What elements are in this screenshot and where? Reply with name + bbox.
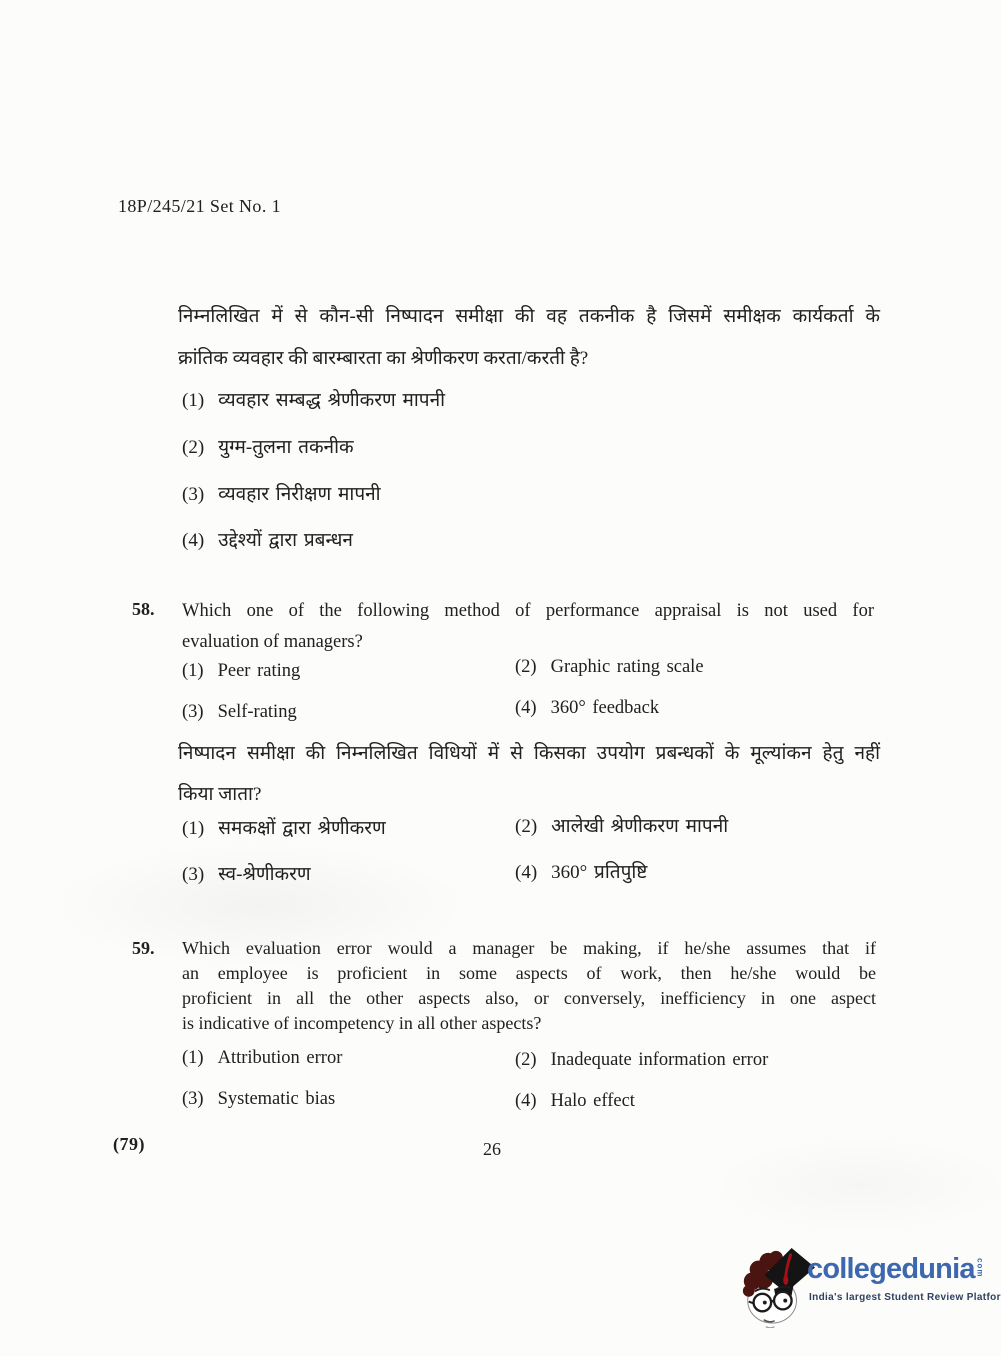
option-label: (1) <box>182 1048 204 1069</box>
option-label: (1) <box>182 390 204 412</box>
option-text: व्यवहार निरीक्षण मापनी <box>218 484 380 505</box>
option-text: Attribution error <box>218 1048 343 1068</box>
option-text: 360° feedback <box>551 698 660 718</box>
option-label: (3) <box>182 1089 204 1110</box>
collegedunia-logo: collegedunia com India's largest Student… <box>737 1240 999 1332</box>
option-label: (4) <box>515 1091 537 1112</box>
q57-option-4: (4)उद्देश्यों द्वारा प्रबन्धन <box>182 526 353 552</box>
option-label: (3) <box>182 864 204 886</box>
page-number: 26 <box>483 1139 501 1160</box>
option-label: (2) <box>182 437 204 459</box>
paper-code: 18P/245/21 Set No. 1 <box>118 196 281 217</box>
option-text: Inadequate information error <box>551 1050 769 1070</box>
q58-number: 58. <box>132 599 155 620</box>
q58-english-line2: evaluation of managers? <box>182 627 363 658</box>
q59-line3: proficient in all the other aspects also… <box>182 986 876 1011</box>
option-label: (4) <box>515 862 537 884</box>
q57-option-3: (3)व्यवहार निरीक्षण मापनी <box>182 480 381 506</box>
option-label: (1) <box>182 818 204 840</box>
q58-option-hi-3: (3)स्व-श्रेणीकरण <box>182 860 311 886</box>
option-label: (4) <box>182 530 204 552</box>
brand-tagline: India's largest Student Review Platform <box>809 1292 1001 1303</box>
option-label: (3) <box>182 484 204 506</box>
q59-option-1: (1)Attribution error <box>182 1048 342 1069</box>
option-label: (2) <box>515 816 537 838</box>
option-text: Peer rating <box>218 661 301 681</box>
option-text: व्यवहार सम्बद्ध श्रेणीकरण मापनी <box>218 390 445 411</box>
q58-option-en-4: (4)360° feedback <box>515 698 659 719</box>
q58-option-hi-2: (2)आलेखी श्रेणीकरण मापनी <box>515 812 728 838</box>
option-label: (3) <box>182 702 204 723</box>
q59-line1: Which evaluation error would a manager b… <box>182 936 876 961</box>
brand-domain-suffix: com <box>976 1258 985 1277</box>
footer-series-code: (79) <box>113 1134 145 1155</box>
q59-option-3: (3)Systematic bias <box>182 1089 335 1110</box>
q59-option-4: (4)Halo effect <box>515 1091 635 1112</box>
brand-text: collegedunia <box>807 1252 975 1286</box>
q58-option-hi-4: (4)360° प्रतिपुष्टि <box>515 858 647 884</box>
q57-hindi-line2: क्रांतिक व्यवहार की बारम्बारता का श्रेणी… <box>178 338 588 380</box>
q58-hindi-line1: निष्पादन समीक्षा की निम्नलिखित विधियों म… <box>178 733 880 775</box>
q59-option-2: (2)Inadequate information error <box>515 1050 768 1071</box>
option-text: स्व-श्रेणीकरण <box>218 864 311 885</box>
q58-english-line1: Which one of the following method of per… <box>182 596 874 627</box>
q57-option-1: (1)व्यवहार सम्बद्ध श्रेणीकरण मापनी <box>182 386 445 412</box>
option-text: आलेखी श्रेणीकरण मापनी <box>551 816 728 837</box>
q58-option-en-2: (2)Graphic rating scale <box>515 657 704 678</box>
q57-hindi-line1: निम्नलिखित में से कौन-सी निष्पादन समीक्ष… <box>178 296 880 338</box>
option-label: (2) <box>515 1050 537 1071</box>
collegedunia-mascot-icon <box>737 1242 815 1328</box>
q58-hindi-line2: किया जाता? <box>178 774 261 816</box>
q58-option-hi-1: (1)समकक्षों द्वारा श्रेणीकरण <box>182 814 386 840</box>
option-label: (1) <box>182 661 204 682</box>
option-text: 360° प्रतिपुष्टि <box>551 862 647 883</box>
option-text: उद्देश्यों द्वारा प्रबन्धन <box>218 530 353 551</box>
q59-number: 59. <box>132 938 155 959</box>
q58-option-en-1: (1)Peer rating <box>182 661 300 682</box>
option-text: Systematic bias <box>218 1089 336 1109</box>
option-text: Halo effect <box>551 1091 635 1111</box>
q59-line4: is indicative of incompetency in all oth… <box>182 1011 541 1036</box>
q59-line2: an employee is proficient in some aspect… <box>182 961 876 986</box>
option-label: (4) <box>515 698 537 719</box>
option-label: (2) <box>515 657 537 678</box>
q58-option-en-3: (3)Self-rating <box>182 702 297 723</box>
option-text: Self-rating <box>218 702 297 722</box>
collegedunia-wordmark: collegedunia com <box>807 1252 985 1286</box>
option-text: समकक्षों द्वारा श्रेणीकरण <box>218 818 386 839</box>
q57-option-2: (2)युग्म-तुलना तकनीक <box>182 433 354 459</box>
option-text: युग्म-तुलना तकनीक <box>218 437 353 458</box>
option-text: Graphic rating scale <box>551 657 704 677</box>
